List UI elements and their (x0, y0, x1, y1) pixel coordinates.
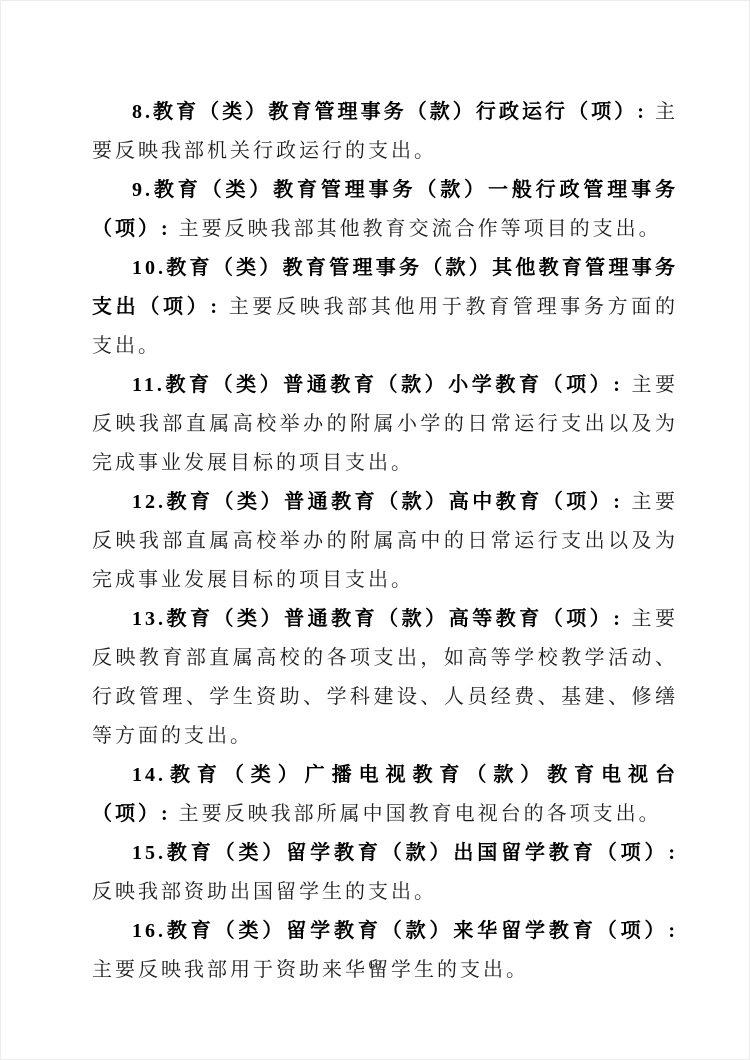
item-15-description: 反映我部资助出国留学生的支出。 (92, 881, 437, 903)
item-12-heading: 12.教育（类）普通教育（款）高中教育（项）: (132, 491, 623, 513)
page-number: 68 (0, 957, 750, 973)
budget-item-16: 16.教育（类）留学教育（款）来华留学教育（项）: 主要反映我部用于资助来华留学… (92, 912, 678, 990)
budget-item-13: 13.教育（类）普通教育（款）高等教育（项）: 主要反映教育部直属高校的各项支出… (92, 600, 678, 756)
item-15-heading: 15.教育（类）留学教育（款）出国留学教育（项）: (132, 842, 678, 864)
item-14-description: 主要反映我部所属中国教育电视台的各项支出。 (171, 803, 662, 825)
budget-item-11: 11.教育（类）普通教育（款）小学教育（项）: 主要反映我部直属高校举办的附属小… (92, 366, 678, 483)
item-8-heading: 8.教育（类）教育管理事务（款）行政运行（项）: (132, 101, 647, 123)
budget-item-15: 15.教育（类）留学教育（款）出国留学教育（项）: 反映我部资助出国留学生的支出… (92, 834, 678, 912)
item-9-description: 主要反映我部其他教育交流合作等项目的支出。 (171, 218, 662, 240)
item-16-heading: 16.教育（类）留学教育（款）来华留学教育（项）: (132, 920, 678, 942)
budget-item-10: 10.教育（类）教育管理事务（款）其他教育管理事务支出（项）: 主要反映我部其他… (92, 249, 678, 366)
budget-item-9: 9.教育（类）教育管理事务（款）一般行政管理事务（项）: 主要反映我部其他教育交… (92, 171, 678, 249)
document-page: 8.教育（类）教育管理事务（款）行政运行（项）: 主要反映我部机关行政运行的支出… (0, 0, 750, 1060)
document-body: 8.教育（类）教育管理事务（款）行政运行（项）: 主要反映我部机关行政运行的支出… (92, 93, 678, 990)
item-11-heading: 11.教育（类）普通教育（款）小学教育（项）: (132, 374, 623, 396)
item-13-heading: 13.教育（类）普通教育（款）高等教育（项）: (132, 608, 623, 630)
budget-item-14: 14.教育（类）广播电视教育（款）教育电视台（项）: 主要反映我部所属中国教育电… (92, 756, 678, 834)
budget-item-8: 8.教育（类）教育管理事务（款）行政运行（项）: 主要反映我部机关行政运行的支出… (92, 93, 678, 171)
budget-item-12: 12.教育（类）普通教育（款）高中教育（项）: 主要反映我部直属高校举办的附属高… (92, 483, 678, 600)
